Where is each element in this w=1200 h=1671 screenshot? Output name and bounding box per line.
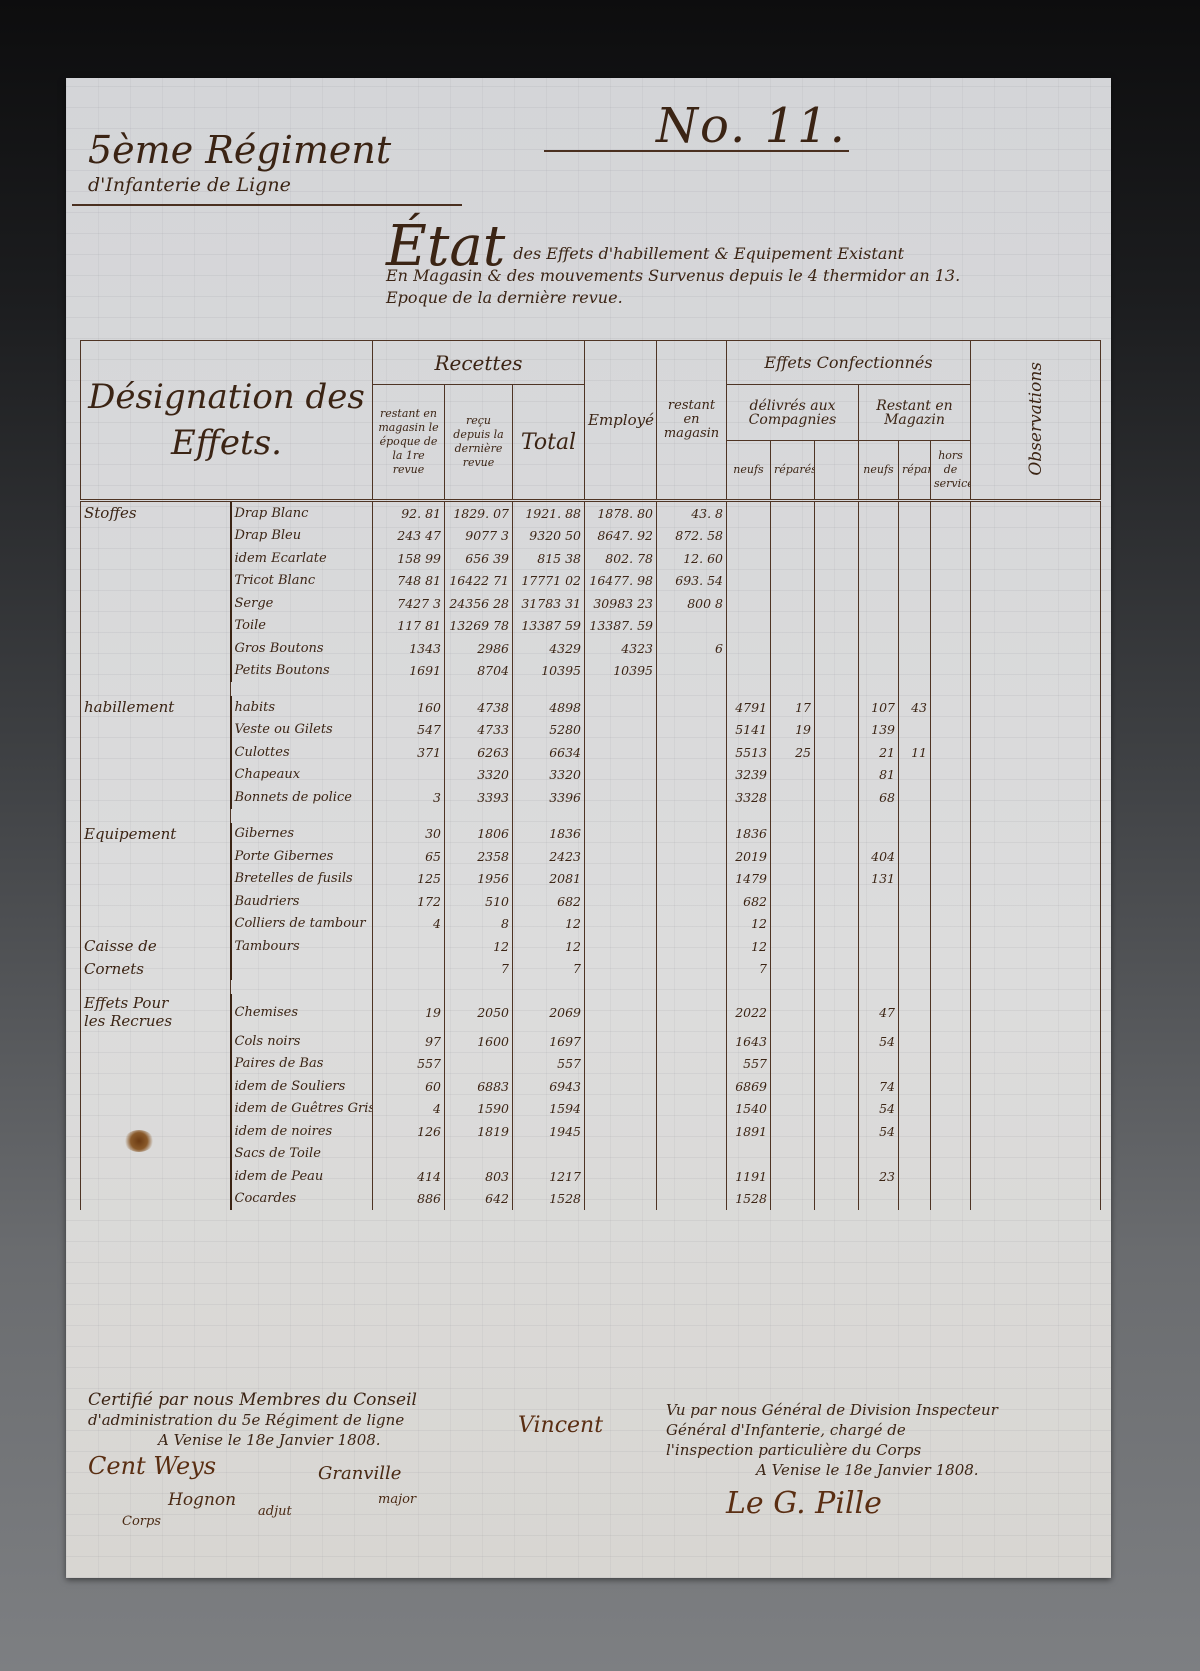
empty-cell <box>815 615 859 638</box>
cell-employe <box>585 1098 657 1121</box>
empty-cell <box>931 615 971 638</box>
cell-restant <box>373 1143 445 1166</box>
cell-deliv-neufs: 557 <box>727 1053 771 1076</box>
cell-total: 1697 <box>513 1030 585 1053</box>
category-cell <box>81 547 231 570</box>
cell-deliv-rep <box>771 764 815 787</box>
cell-total: 7 <box>513 958 585 981</box>
empty-cell <box>931 994 971 1030</box>
table-row: Chapeaux33203320323981 <box>81 764 1101 787</box>
empty-cell <box>931 1053 971 1076</box>
cell-restant: 547 <box>373 719 445 742</box>
cell-total: 1217 <box>513 1165 585 1188</box>
table-row: StoffesDrap Blanc92. 811829. 071921. 881… <box>81 501 1101 525</box>
empty-cell <box>815 637 859 660</box>
category-cell <box>81 890 231 913</box>
cell-deliv-rep <box>771 823 815 846</box>
empty-cell <box>931 741 971 764</box>
cell-employe <box>585 1188 657 1211</box>
category-cell <box>81 637 231 660</box>
cell-deliv-rep <box>771 786 815 809</box>
cell-deliv-rep <box>771 1165 815 1188</box>
observation-cell <box>971 1120 1101 1143</box>
cell-rest-rep <box>899 845 931 868</box>
category-cell <box>81 1053 231 1076</box>
table-row: Cornets777 <box>81 958 1101 981</box>
cell-deliv-neufs: 1836 <box>727 823 771 846</box>
table-row: idem de Peau4148031217119123 <box>81 1165 1101 1188</box>
spacer-cell <box>727 809 771 823</box>
cell-deliv-neufs: 3239 <box>727 764 771 787</box>
empty-cell <box>815 1098 859 1121</box>
table-row: Petits Boutons169187041039510395 <box>81 660 1101 683</box>
table-row: idem de Guêtres Grises415901594154054 <box>81 1098 1101 1121</box>
category-cell <box>81 1120 231 1143</box>
item-name: Baudriers <box>231 890 373 913</box>
cell-rest-neufs: 23 <box>859 1165 899 1188</box>
cell-employe <box>585 845 657 868</box>
cell-deliv-rep <box>771 592 815 615</box>
empty-cell <box>931 592 971 615</box>
spacer-cell <box>931 980 971 994</box>
cell-deliv-neufs: 2022 <box>727 994 771 1030</box>
regiment-subtitle: d'Infanterie de Ligne <box>88 174 291 196</box>
cell-restant-mag <box>657 786 727 809</box>
cell-recu: 3393 <box>445 786 513 809</box>
empty-cell <box>931 1030 971 1053</box>
cell-deliv-rep <box>771 1120 815 1143</box>
category-cell <box>81 719 231 742</box>
cell-rest-neufs: 404 <box>859 845 899 868</box>
category-label: Effets Pour <box>84 994 168 1012</box>
cell-deliv-neufs <box>727 525 771 548</box>
cell-deliv-rep <box>771 958 815 981</box>
cell-recu: 12 <box>445 935 513 958</box>
cell-restant: 886 <box>373 1188 445 1211</box>
empty-cell <box>931 890 971 913</box>
cell-deliv-neufs: 12 <box>727 913 771 936</box>
item-name: Drap Bleu <box>231 525 373 548</box>
empty-cell <box>815 501 859 525</box>
cell-restant: 60 <box>373 1075 445 1098</box>
cell-total: 682 <box>513 890 585 913</box>
empty-cell <box>931 935 971 958</box>
cell-restant-mag <box>657 719 727 742</box>
cell-recu: 6263 <box>445 741 513 764</box>
table-row: idem de Souliers6068836943686974 <box>81 1075 1101 1098</box>
table-row: habillementhabits1604738489847911710743 <box>81 696 1101 719</box>
insp-line-3: l'inspection particulière du Corps <box>666 1440 1106 1460</box>
cell-restant: 117 81 <box>373 615 445 638</box>
cell-deliv-rep <box>771 1075 815 1098</box>
category-cell <box>81 741 231 764</box>
empty-cell <box>931 1098 971 1121</box>
spacer-cell <box>899 980 931 994</box>
cell-rest-rep <box>899 868 931 891</box>
cell-restant-mag <box>657 1143 727 1166</box>
cell-total: 1594 <box>513 1098 585 1121</box>
cell-deliv-neufs: 12 <box>727 935 771 958</box>
category-cell <box>81 786 231 809</box>
item-name: Veste ou Gilets <box>231 719 373 742</box>
category-cell: Effets Pourles Recrues <box>81 994 231 1030</box>
cell-rest-rep <box>899 913 931 936</box>
cell-deliv-neufs: 5513 <box>727 741 771 764</box>
header-observations: Observations <box>971 341 1101 501</box>
cell-deliv-neufs <box>727 570 771 593</box>
cell-total: 12 <box>513 913 585 936</box>
spacer-cell <box>859 980 899 994</box>
cell-recu: 8704 <box>445 660 513 683</box>
item-name: Porte Gibernes <box>231 845 373 868</box>
cell-deliv-rep <box>771 1053 815 1076</box>
spacer-cell <box>657 682 727 696</box>
spacer-cell <box>859 809 899 823</box>
cell-recu: 2358 <box>445 845 513 868</box>
cell-deliv-neufs: 682 <box>727 890 771 913</box>
cell-restant <box>373 935 445 958</box>
observation-cell <box>971 890 1101 913</box>
cell-recu: 6883 <box>445 1075 513 1098</box>
cell-rest-rep: 43 <box>899 696 931 719</box>
item-name: Serge <box>231 592 373 615</box>
table-row: Drap Bleu243 479077 39320 508647. 92872.… <box>81 525 1101 548</box>
cell-rest-rep <box>899 1098 931 1121</box>
header-restant-epoque: restant en magasin le époque de la 1re r… <box>373 385 445 501</box>
signature-7: Vincent <box>518 1416 603 1436</box>
cell-rest-rep <box>899 1075 931 1098</box>
document-title: Étatdes Effets d'habillement & Equipemen… <box>386 236 1106 309</box>
cell-restant-mag <box>657 845 727 868</box>
spacer-cell <box>971 980 1101 994</box>
cell-total: 10395 <box>513 660 585 683</box>
signature-4: major <box>378 1490 416 1510</box>
cell-deliv-neufs: 4791 <box>727 696 771 719</box>
category-cell <box>81 660 231 683</box>
cell-recu: 3320 <box>445 764 513 787</box>
item-name: Cocardes <box>231 1188 373 1211</box>
spacer-cell <box>585 682 657 696</box>
cell-rest-rep <box>899 935 931 958</box>
cell-deliv-neufs <box>727 637 771 660</box>
empty-cell <box>931 823 971 846</box>
cell-total: 6943 <box>513 1075 585 1098</box>
cell-employe: 802. 78 <box>585 547 657 570</box>
cell-employe <box>585 741 657 764</box>
cell-deliv-rep <box>771 570 815 593</box>
empty-cell <box>931 547 971 570</box>
cell-recu: 642 <box>445 1188 513 1211</box>
cell-deliv-rep <box>771 547 815 570</box>
insp-line-2: Général d'Infanterie, chargé de <box>666 1420 1106 1440</box>
empty-cell <box>815 764 859 787</box>
cell-restant-mag: 872. 58 <box>657 525 727 548</box>
cell-total: 5280 <box>513 719 585 742</box>
category-cell: Caisse de <box>81 935 231 958</box>
cell-rest-neufs <box>859 615 899 638</box>
cell-recu: 1600 <box>445 1030 513 1053</box>
empty-cell <box>815 547 859 570</box>
cell-employe: 10395 <box>585 660 657 683</box>
cell-rest-rep <box>899 890 931 913</box>
cell-rest-rep <box>899 1143 931 1166</box>
cell-recu: 4738 <box>445 696 513 719</box>
spacer-cell <box>373 682 445 696</box>
observation-cell <box>971 637 1101 660</box>
cell-restant-mag <box>657 890 727 913</box>
item-name: Tricot Blanc <box>231 570 373 593</box>
row-spacer <box>81 809 1101 823</box>
cell-recu: 510 <box>445 890 513 913</box>
cell-recu: 24356 28 <box>445 592 513 615</box>
cell-recu <box>445 1143 513 1166</box>
empty-cell <box>815 1075 859 1098</box>
item-name: Chapeaux <box>231 764 373 787</box>
spacer-cell <box>771 682 815 696</box>
table-row: Baudriers172510682682 <box>81 890 1101 913</box>
spacer-cell <box>971 682 1101 696</box>
cell-employe <box>585 764 657 787</box>
category-cell <box>81 1143 231 1166</box>
cell-restant-mag: 43. 8 <box>657 501 727 525</box>
empty-cell <box>815 660 859 683</box>
cell-rest-neufs: 54 <box>859 1120 899 1143</box>
regiment-title: 5ème Régiment <box>88 128 391 172</box>
observation-cell <box>971 1075 1101 1098</box>
category-cell <box>81 1188 231 1211</box>
item-name: Chemises <box>231 994 373 1030</box>
category-cell <box>81 615 231 638</box>
item-name: Petits Boutons <box>231 660 373 683</box>
category-cell <box>81 845 231 868</box>
cell-restant: 7427 3 <box>373 592 445 615</box>
empty-cell <box>931 1143 971 1166</box>
cell-restant: 557 <box>373 1053 445 1076</box>
cell-restant-mag <box>657 696 727 719</box>
cell-rest-neufs <box>859 823 899 846</box>
cell-recu: 7 <box>445 958 513 981</box>
cell-restant: 97 <box>373 1030 445 1053</box>
observation-cell <box>971 696 1101 719</box>
table-row: Caisse deTambours121212 <box>81 935 1101 958</box>
spacer-cell <box>931 809 971 823</box>
cell-employe: 30983 23 <box>585 592 657 615</box>
cell-total <box>513 1143 585 1166</box>
table-row: Cocardes88664215281528 <box>81 1188 1101 1211</box>
cell-rest-neufs: 74 <box>859 1075 899 1098</box>
empty-cell <box>815 1165 859 1188</box>
cell-restant: 371 <box>373 741 445 764</box>
cell-recu: 2986 <box>445 637 513 660</box>
cell-restant-mag: 6 <box>657 637 727 660</box>
cell-rest-rep <box>899 637 931 660</box>
cell-total: 2081 <box>513 868 585 891</box>
table-body: StoffesDrap Blanc92. 811829. 071921. 881… <box>81 501 1101 1211</box>
category-cell: habillement <box>81 696 231 719</box>
cell-restant: 3 <box>373 786 445 809</box>
header-rest-neufs: neufs <box>859 441 899 501</box>
category-label: Caisse de <box>84 937 157 955</box>
header-recettes: Recettes <box>373 341 585 385</box>
cell-restant: 65 <box>373 845 445 868</box>
table-row: Bretelles de fusils125195620811479131 <box>81 868 1101 891</box>
cell-rest-neufs: 68 <box>859 786 899 809</box>
cell-rest-neufs <box>859 660 899 683</box>
item-name: Toile <box>231 615 373 638</box>
cell-rest-neufs <box>859 637 899 660</box>
header-restant-magasin: restant en magasin <box>657 341 727 501</box>
category-label: Cornets <box>84 960 144 978</box>
spacer-cell <box>585 980 657 994</box>
observation-cell <box>971 501 1101 525</box>
category-cell <box>81 913 231 936</box>
cell-total: 9320 50 <box>513 525 585 548</box>
cell-rest-neufs <box>859 501 899 525</box>
table-row: Tricot Blanc748 8116422 7117771 0216477.… <box>81 570 1101 593</box>
empty-cell <box>815 696 859 719</box>
cell-rest-neufs <box>859 547 899 570</box>
category-label: les Recrues <box>84 1012 227 1030</box>
cell-total: 6634 <box>513 741 585 764</box>
empty-cell <box>931 501 971 525</box>
cell-rest-rep <box>899 1165 931 1188</box>
cell-total: 815 38 <box>513 547 585 570</box>
cell-deliv-rep <box>771 1030 815 1053</box>
signature-6: Corps <box>122 1512 161 1532</box>
empty-cell <box>815 913 859 936</box>
cell-recu: 1806 <box>445 823 513 846</box>
item-name: idem de noires <box>231 1120 373 1143</box>
cell-restant: 126 <box>373 1120 445 1143</box>
observation-cell <box>971 660 1101 683</box>
cell-restant-mag <box>657 823 727 846</box>
cell-deliv-neufs <box>727 615 771 638</box>
item-name: idem de Peau <box>231 1165 373 1188</box>
cell-rest-rep: 11 <box>899 741 931 764</box>
header-delivres: délivrés aux Compagnies <box>727 385 859 441</box>
header-deliv-neufs: neufs <box>727 441 771 501</box>
observation-cell <box>971 764 1101 787</box>
cell-rest-neufs <box>859 1143 899 1166</box>
cell-employe <box>585 994 657 1030</box>
spacer-cell <box>971 809 1101 823</box>
category-cell <box>81 1165 231 1188</box>
spacer-cell <box>445 980 513 994</box>
cell-employe: 4323 <box>585 637 657 660</box>
category-cell <box>81 570 231 593</box>
observation-cell <box>971 1143 1101 1166</box>
cell-employe <box>585 1053 657 1076</box>
cell-deliv-neufs: 1479 <box>727 868 771 891</box>
cell-restant: 4 <box>373 913 445 936</box>
empty-cell <box>931 1188 971 1211</box>
empty-cell <box>815 890 859 913</box>
empty-cell <box>815 786 859 809</box>
spacer-cell <box>771 809 815 823</box>
empty-cell <box>815 1143 859 1166</box>
item-name: Paires de Bas <box>231 1053 373 1076</box>
observation-cell <box>971 1188 1101 1211</box>
spacer-cell <box>727 682 771 696</box>
cell-employe <box>585 1120 657 1143</box>
spacer-cell <box>899 809 931 823</box>
cell-recu: 8 <box>445 913 513 936</box>
cell-rest-neufs: 54 <box>859 1098 899 1121</box>
title-line-1: des Effets d'habillement & Equipement Ex… <box>513 244 904 263</box>
cell-deliv-rep <box>771 1188 815 1211</box>
certification-block: Certifié par nous Membres du Conseil d'a… <box>88 1390 608 1540</box>
item-name: Drap Blanc <box>231 501 373 525</box>
cell-restant-mag <box>657 1075 727 1098</box>
spacer-cell <box>859 682 899 696</box>
cert-line-1: Certifié par nous Membres du Conseil <box>88 1390 608 1410</box>
inventory-table: Désignation des Effets. Recettes Employé… <box>80 340 1101 1210</box>
cell-restant-mag <box>657 615 727 638</box>
empty-cell <box>931 868 971 891</box>
cell-rest-neufs <box>859 525 899 548</box>
observation-cell <box>971 958 1101 981</box>
spacer-cell <box>815 980 859 994</box>
header-restant-en-magazin: Restant en Magazin <box>859 385 971 441</box>
cell-rest-neufs: 54 <box>859 1030 899 1053</box>
table-row: EquipementGibernes30180618361836 <box>81 823 1101 846</box>
empty-cell <box>931 570 971 593</box>
cell-restant-mag <box>657 868 727 891</box>
cell-deliv-rep <box>771 994 815 1030</box>
cell-rest-rep <box>899 570 931 593</box>
cell-rest-rep <box>899 994 931 1030</box>
cell-rest-neufs <box>859 958 899 981</box>
empty-cell <box>931 1075 971 1098</box>
spacer-cell <box>513 809 585 823</box>
cell-rest-rep <box>899 1030 931 1053</box>
cell-employe <box>585 913 657 936</box>
item-name: Sacs de Toile <box>231 1143 373 1166</box>
cell-total: 1528 <box>513 1188 585 1211</box>
empty-cell <box>931 958 971 981</box>
table-row: Paires de Bas557557557 <box>81 1053 1101 1076</box>
cell-rest-rep <box>899 764 931 787</box>
observation-cell <box>971 570 1101 593</box>
category-cell <box>81 1098 231 1121</box>
header-deliv-repares: réparés <box>771 441 815 501</box>
cell-total: 13387 59 <box>513 615 585 638</box>
cell-recu: 13269 78 <box>445 615 513 638</box>
observation-cell <box>971 823 1101 846</box>
table-row: Culottes371626366345513252111 <box>81 741 1101 764</box>
cell-rest-rep <box>899 1188 931 1211</box>
item-name: Colliers de tambour <box>231 913 373 936</box>
cell-restant-mag <box>657 1030 727 1053</box>
cell-restant-mag <box>657 764 727 787</box>
table-row: Serge7427 324356 2831783 3130983 23800 8 <box>81 592 1101 615</box>
cell-rest-neufs <box>859 1188 899 1211</box>
cell-deliv-rep <box>771 660 815 683</box>
category-label: habillement <box>84 698 174 716</box>
cell-deliv-neufs: 1891 <box>727 1120 771 1143</box>
item-name: idem de Souliers <box>231 1075 373 1098</box>
cell-rest-rep <box>899 786 931 809</box>
empty-cell <box>815 525 859 548</box>
number-underline <box>544 150 849 152</box>
cell-rest-neufs <box>859 890 899 913</box>
cell-rest-rep <box>899 823 931 846</box>
cell-employe: 13387. 59 <box>585 615 657 638</box>
cell-employe <box>585 786 657 809</box>
observation-cell <box>971 1030 1101 1053</box>
empty-cell <box>931 696 971 719</box>
cell-recu: 1819 <box>445 1120 513 1143</box>
